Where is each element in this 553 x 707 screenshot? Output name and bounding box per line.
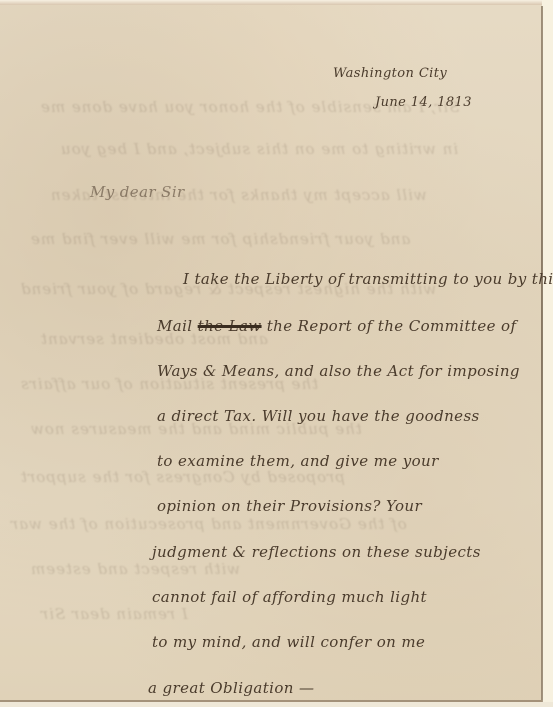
body-line: to examine them, and give me your: [157, 452, 439, 470]
body-line: cannot fail of affording much light: [152, 588, 427, 606]
bleed-through-line: of the Government and prosecution of the…: [10, 515, 407, 533]
body-line: a direct Tax. Will you have the goodness: [157, 407, 480, 425]
bleed-through-line: with respect and esteem: [30, 560, 240, 578]
body-line: Mail the Law the Report of the Committee…: [157, 317, 516, 335]
bleed-through-line: I remain dear Sir: [40, 605, 188, 623]
bleed-through-line: and your friendship for me will ever fin…: [30, 230, 410, 248]
date-line: June 14, 1813: [375, 95, 472, 110]
letter-page: Sir, I am sensible of the honor you have…: [0, 0, 553, 707]
bleed-through-line: proposed by Congress for the support: [20, 468, 345, 486]
struck-text: the Law: [198, 317, 262, 335]
body-line: to my mind, and will confer on me: [152, 633, 425, 651]
body-word: the Report of the Committee of: [267, 317, 517, 335]
body-line: opinion on their Provisions? Your: [157, 497, 422, 515]
bleed-through-line: in writing to me on this subject, and I …: [60, 140, 458, 158]
body-word: Mail: [157, 317, 193, 335]
salutation: My dear Sir: [90, 183, 185, 201]
place-line: Washington City: [333, 66, 447, 81]
paper-right-edge: [541, 6, 543, 700]
body-line: I take the Liberty of transmitting to yo…: [183, 270, 553, 288]
body-line: judgment & reflections on these subjects: [152, 543, 481, 561]
body-line: Ways & Means, and also the Act for impos…: [157, 362, 520, 380]
paper-right-margin: [542, 0, 553, 707]
paper-top-edge: [0, 0, 553, 5]
paper-bottom-margin: [0, 702, 553, 707]
closing-line: a great Obligation —: [148, 679, 314, 697]
